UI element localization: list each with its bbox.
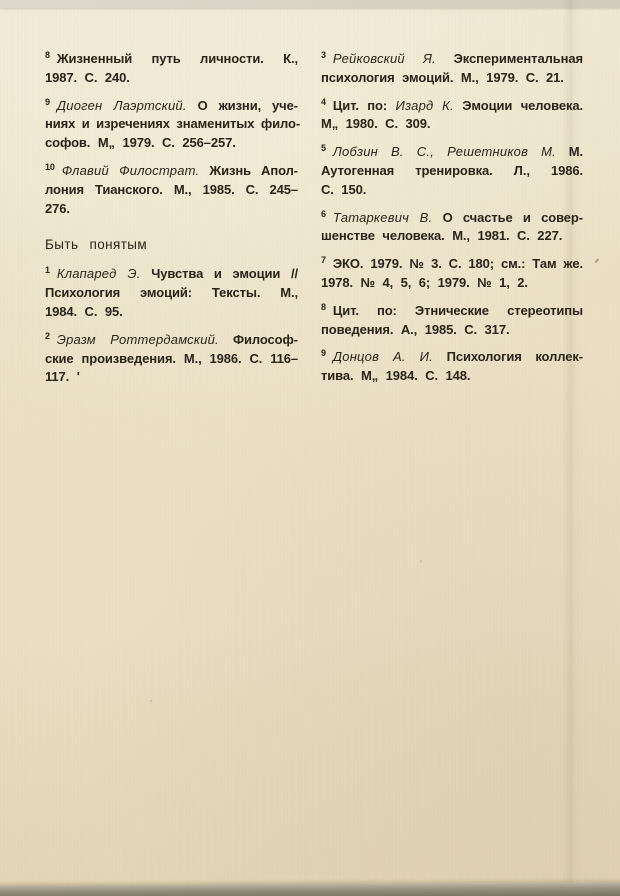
text-segment: шенстве человека. М., 1981. С. 227. — [321, 228, 562, 243]
footnote-entry: 9Донцов А. И. Психология коллек-тива. М„… — [321, 348, 583, 386]
footnote-entry: 6Татаркевич В. О счастье и совер-шенстве… — [321, 209, 583, 247]
text-segment: Экспериментальная — [436, 51, 583, 66]
footnote-entry: 2Эразм Роттердамский. Философ-ские произ… — [45, 331, 298, 387]
footnote-line: 10Флавий Филострат. Жизнь Апол- — [45, 162, 298, 181]
footnote-line: 1Клапаред Э. Чувства и эмоции // — [45, 265, 298, 284]
text-segment: 1984. С. 95. — [45, 304, 123, 319]
footnote-entry: 8Жизненный путь личности. К.,1987. С. 24… — [45, 50, 298, 88]
text-segment: Татаркевич В. — [333, 210, 432, 225]
scan-speck — [150, 700, 152, 702]
text-segment: Чувства и эмоции // — [141, 266, 299, 281]
footnote-line: 6Татаркевич В. О счастье и совер- — [321, 209, 583, 228]
text-segment: тива. М„ 1984. С. 148. — [321, 368, 470, 383]
footnote-line: лония Тианского. М., 1985. С. 245– — [45, 181, 298, 200]
text-segment: софов. М„ 1979. С. 256–257. — [45, 135, 236, 150]
footnote-entry: 9Диоген Лаэртский. О жизни, уче-ниях и и… — [45, 97, 298, 153]
text-segment: Лобзин В. С., Решетников М. — [333, 144, 556, 159]
footnote-line: М„ 1980. С. 309. — [321, 115, 583, 134]
footnote-line: 3Рейковский Я. Экспериментальная — [321, 50, 583, 69]
scanned-page: 8Жизненный путь личности. К.,1987. С. 24… — [0, 0, 620, 896]
text-segment: поведения. А., 1985. С. 317. — [321, 322, 509, 337]
footnote-line: 8Цит. по: Этнические стереотипы — [321, 302, 583, 321]
text-segment: ниях и изречениях знаменитых фило- — [45, 116, 300, 131]
text-segment: О жизни, уче- — [187, 98, 298, 113]
text-segment: Аутогенная тренировка. Л., 1986. — [321, 163, 583, 178]
text-segment: Диоген Лаэртский. — [57, 98, 187, 113]
scan-speck — [595, 258, 599, 263]
footnote-entry: 8Цит. по: Этнические стереотипыповедения… — [321, 302, 583, 340]
footnote-line: 9Диоген Лаэртский. О жизни, уче- — [45, 97, 298, 116]
footnote-entry: 3Рейковский Я. Экспериментальнаяпсихолог… — [321, 50, 583, 88]
text-segment: Эмоции человека. — [454, 98, 583, 113]
footnote-entry: 10Флавий Филострат. Жизнь Апол-лония Тиа… — [45, 162, 298, 218]
scan-top-edge — [0, 0, 620, 8]
text-segment: Цит. по: Этнические стереотипы — [333, 303, 583, 318]
text-segment: психология эмоций. М., 1979. С. 21. — [321, 70, 564, 85]
section-header: Быть понятым — [45, 237, 298, 252]
footnote-line: поведения. А., 1985. С. 317. — [321, 321, 583, 340]
text-segment: Цит. по: — [333, 98, 396, 113]
scan-bottom-edge — [0, 882, 620, 896]
footnote-line: ниях и изречениях знаменитых фило- — [45, 115, 298, 134]
text-segment: Рейковский Я. — [333, 51, 436, 66]
text-segment: С. 150. — [321, 182, 366, 197]
text-segment: Жизнь Апол- — [199, 163, 298, 178]
text-segment: 117. ' — [45, 369, 80, 384]
text-segment: Эразм Роттердамский. — [57, 332, 219, 347]
footnote-line: тива. М„ 1984. С. 148. — [321, 367, 583, 386]
footnote-line: 1987. С. 240. — [45, 69, 298, 88]
footnote-entry: 7ЭКО. 1979. № 3. С. 180; см.: Там же.197… — [321, 255, 583, 293]
text-segment: Психология коллек- — [433, 349, 583, 364]
footnote-line: Аутогенная тренировка. Л., 1986. — [321, 162, 583, 181]
footnote-line: 8Жизненный путь личности. К., — [45, 50, 298, 69]
text-segment: Донцов А. И. — [333, 349, 433, 364]
text-segment: ЭКО. 1979. № 3. С. 180; см.: Там же. — [333, 256, 583, 271]
footnote-line: 4Цит. по: Изард К. Эмоции человека. — [321, 97, 583, 116]
footnote-line: 1984. С. 95. — [45, 303, 298, 322]
footnote-line: 9Донцов А. И. Психология коллек- — [321, 348, 583, 367]
footnote-line: шенстве человека. М., 1981. С. 227. — [321, 227, 583, 246]
text-segment: 1987. С. 240. — [45, 70, 130, 85]
column-left: 8Жизненный путь личности. К.,1987. С. 24… — [45, 50, 298, 396]
footnote-entry: 1Клапаред Э. Чувства и эмоции //Психолог… — [45, 265, 298, 321]
text-segment: Клапаред Э. — [57, 266, 141, 281]
footnote-line: Психология эмоций: Тексты. М., — [45, 284, 298, 303]
text-segment: 1978. № 4, 5, 6; 1979. № 1, 2. — [321, 275, 528, 290]
footnote-line: софов. М„ 1979. С. 256–257. — [45, 134, 298, 153]
footnote-line: ские произведения. М., 1986. С. 116– — [45, 350, 298, 369]
footnote-line: психология эмоций. М., 1979. С. 21. — [321, 69, 583, 88]
scan-speck — [420, 560, 422, 563]
footnote-line: 5Лобзин В. С., Решетников М. М. — [321, 143, 583, 162]
footnote-line: 2Эразм Роттердамский. Философ- — [45, 331, 298, 350]
footnote-line: С. 150. — [321, 181, 583, 200]
text-segment: лония Тианского. М., 1985. С. 245– — [45, 182, 298, 197]
text-segment: Флавий Филострат. — [62, 163, 200, 178]
footnote-line: 1978. № 4, 5, 6; 1979. № 1, 2. — [321, 274, 583, 293]
text-segment: ские произведения. М., 1986. С. 116– — [45, 351, 298, 366]
footnotes-area: 8Жизненный путь личности. К.,1987. С. 24… — [45, 50, 583, 396]
footnote-line: 276. — [45, 200, 298, 219]
text-segment: О счастье и совер- — [432, 210, 583, 225]
footnote-line: 117. ' — [45, 368, 298, 387]
footnote-line: 7ЭКО. 1979. № 3. С. 180; см.: Там же. — [321, 255, 583, 274]
text-segment: Изард К. — [396, 98, 454, 113]
footnote-entry: 4Цит. по: Изард К. Эмоции человека.М„ 19… — [321, 97, 583, 135]
text-segment: М„ 1980. С. 309. — [321, 116, 430, 131]
text-segment: Жизненный путь личности. К., — [57, 51, 298, 66]
column-right: 3Рейковский Я. Экспериментальнаяпсихолог… — [321, 50, 583, 396]
text-segment: Психология эмоций: Тексты. М., — [45, 285, 298, 300]
text-segment: 276. — [45, 201, 70, 216]
text-segment: Философ- — [219, 332, 298, 347]
footnote-entry: 5Лобзин В. С., Решетников М. М.Аутогенна… — [321, 143, 583, 199]
text-segment: М. — [556, 144, 583, 159]
